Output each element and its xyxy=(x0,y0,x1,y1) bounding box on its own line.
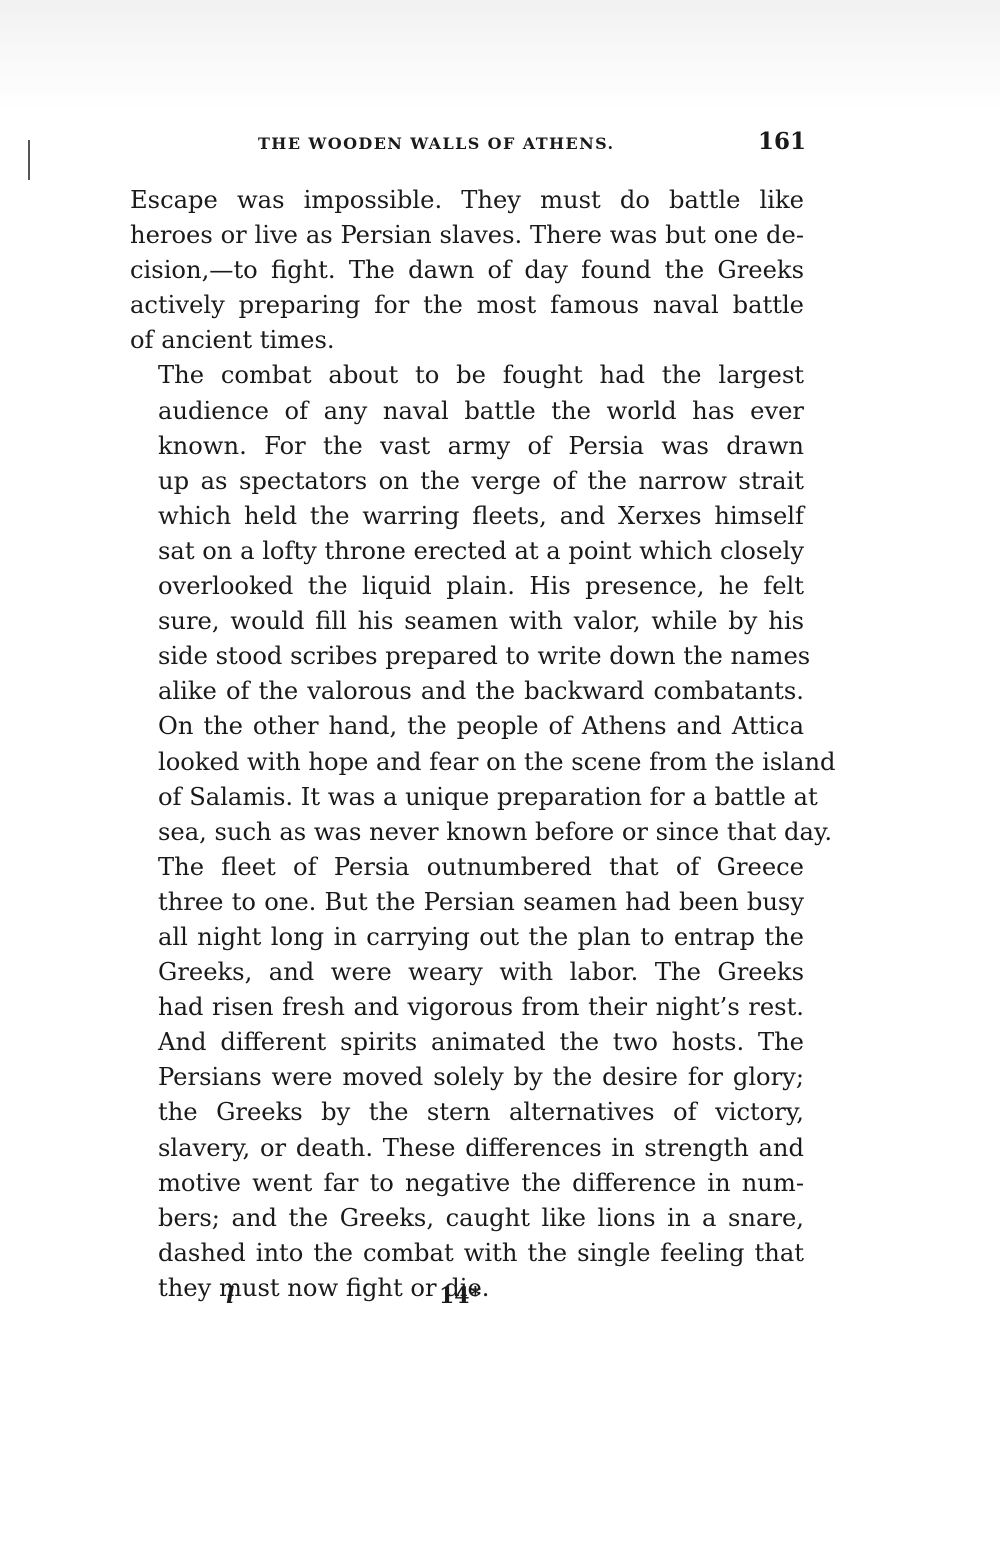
text-line: sure, would fill his seamen with valor, … xyxy=(130,604,804,639)
text-line: all night long in carrying out the plan … xyxy=(130,920,804,955)
text-line: sea, such as was never known before or s… xyxy=(130,815,804,850)
running-title: THE WOODEN WALLS OF ATHENS. xyxy=(258,134,615,153)
text-line: overlooked the liquid plain. His presenc… xyxy=(130,569,804,604)
signature-mark: 14* xyxy=(439,1283,481,1309)
text-line: had risen fresh and vigorous from their … xyxy=(130,990,804,1025)
text-line: three to one. But the Persian seamen had… xyxy=(130,885,804,920)
binding-edge-mark xyxy=(28,140,30,180)
text-line: heroes or live as Persian slaves. There … xyxy=(130,218,804,253)
text-line: actively preparing for the most famous n… xyxy=(130,288,804,323)
text-line: known. For the vast army of Persia was d… xyxy=(130,429,804,464)
text-line: of ancient times. xyxy=(130,323,804,358)
text-line: looked with hope and fear on the scene f… xyxy=(130,745,804,780)
page-number: 161 xyxy=(758,128,806,155)
text-line: alike of the valorous and the backward c… xyxy=(130,674,804,709)
paragraph: Escape was impossible. They must do batt… xyxy=(130,183,804,358)
page-header: THE WOODEN WALLS OF ATHENS. 161 xyxy=(258,128,806,164)
page-scan-speckle xyxy=(0,0,1000,110)
text-line: up as spectators on the verge of the nar… xyxy=(130,464,804,499)
text-line: sat on a lofty throne erected at a point… xyxy=(130,534,804,569)
text-line: Persians were moved solely by the desire… xyxy=(130,1060,804,1095)
text-line: bers; and the Greeks, caught like lions … xyxy=(130,1201,804,1236)
text-line: cision,—to fight. The dawn of day found … xyxy=(130,253,804,288)
text-line: And different spirits animated the two h… xyxy=(130,1025,804,1060)
text-line: Greeks, and were weary with labor. The G… xyxy=(130,955,804,990)
text-line: of Salamis. It was a unique preparation … xyxy=(130,780,804,815)
text-line: Escape was impossible. They must do batt… xyxy=(130,183,804,218)
paragraph: The combat about to be fought had the la… xyxy=(130,358,804,849)
text-line: side stood scribes prepared to write dow… xyxy=(130,639,804,674)
text-line: On the other hand, the people of Athens … xyxy=(130,709,804,744)
text-line: The combat about to be fought had the la… xyxy=(130,358,804,393)
text-line: audience of any naval battle the world h… xyxy=(130,394,804,429)
body-text: Escape was impossible. They must do batt… xyxy=(130,183,804,1306)
text-line: motive went far to negative the differen… xyxy=(130,1166,804,1201)
text-line: which held the warring fleets, and Xerxe… xyxy=(130,499,804,534)
text-line: slavery, or death. These differences in … xyxy=(130,1131,804,1166)
paragraph: The fleet of Persia outnumbered that of … xyxy=(130,850,804,1306)
text-line: the Greeks by the stern alternatives of … xyxy=(130,1095,804,1130)
text-line: dashed into the combat with the single f… xyxy=(130,1236,804,1271)
text-line: The fleet of Persia outnumbered that of … xyxy=(130,850,804,885)
signature-mark-left: l xyxy=(226,1283,234,1309)
